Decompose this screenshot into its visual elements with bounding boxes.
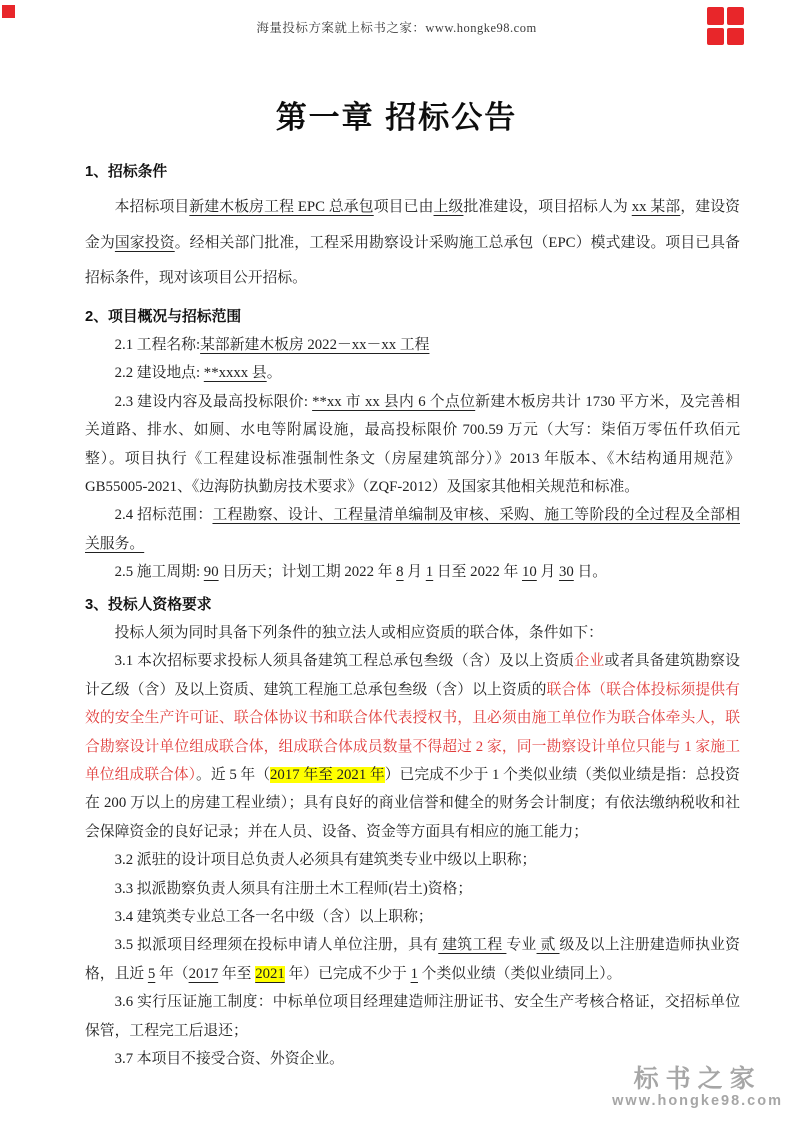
item-3-4-chief-engineer: 3.4 建筑类专业总工各一名中级（含）以上职称； xyxy=(85,903,740,931)
document-body: 1、招标条件本招标项目新建木板房工程 EPC 总承包项目已由上级批准建设，项目招… xyxy=(85,157,740,1073)
para-bid-conditions: 本招标项目新建木板房工程 EPC 总承包项目已由上级批准建设，项目招标人为 xx… xyxy=(85,190,740,297)
item-2-4-bid-scope: 2.4 招标范围：工程勘察、设计、工程量清单编制及审核、采购、施工等阶段的全过程… xyxy=(85,501,740,558)
watermark-brand: 标书之家 xyxy=(612,1066,783,1092)
page-title: 第一章 招标公告 xyxy=(0,92,793,137)
item-3-2-design-leader: 3.2 派驻的设计项目总负责人必须具有建筑类专业中级以上职称； xyxy=(85,846,740,874)
item-2-5-construction-period: 2.5 施工周期: 90 日历天；计划工期 2022 年 8 月 1 日至 20… xyxy=(85,558,740,586)
item-3-3-survey-leader: 3.3 拟派勘察负责人须具有注册土木工程师(岩土)资格； xyxy=(85,875,740,903)
section-1-heading: 1、招标条件 xyxy=(85,157,740,187)
item-3-6-certificate-custody: 3.6 实行压证施工制度：中标单位项目经理建造师注册证书、安全生产考核合格证，交… xyxy=(85,988,740,1045)
item-3-1-qualification: 3.1 本次招标要求投标人须具备建筑工程总承包叁级（含）及以上资质企业或者具备建… xyxy=(85,647,740,846)
item-3-5-project-manager: 3.5 拟派项目经理须在投标申请人单位注册，具有 建筑工程 专业 贰 级及以上注… xyxy=(85,931,740,988)
section-2-heading: 2、项目概况与招标范围 xyxy=(85,303,740,331)
header-promo-text: 海量投标方案就上标书之家：www.hongke98.com xyxy=(0,18,793,36)
item-2-2-location: 2.2 建设地点: **xxxx 县。 xyxy=(85,359,740,387)
para-qualification-intro: 投标人须为同时具备下列条件的独立法人或相应资质的联合体，条件如下： xyxy=(85,619,740,647)
red-square-stamp-icon xyxy=(2,5,15,18)
document-page: 海量投标方案就上标书之家：www.hongke98.com 第一章 招标公告 1… xyxy=(0,0,793,1122)
section-3-heading: 3、投标人资格要求 xyxy=(85,591,740,619)
watermark-url: www.hongke98.com xyxy=(612,1092,783,1110)
watermark: 标书之家 www.hongke98.com xyxy=(612,1066,783,1110)
item-2-1-project-name: 2.1 工程名称:某部新建木板房 2022－xx－xx 工程 xyxy=(85,331,740,359)
item-2-3-scope-and-price: 2.3 建设内容及最高投标限价: **xx 市 xx 县内 6 个点位新建木板房… xyxy=(85,388,740,502)
